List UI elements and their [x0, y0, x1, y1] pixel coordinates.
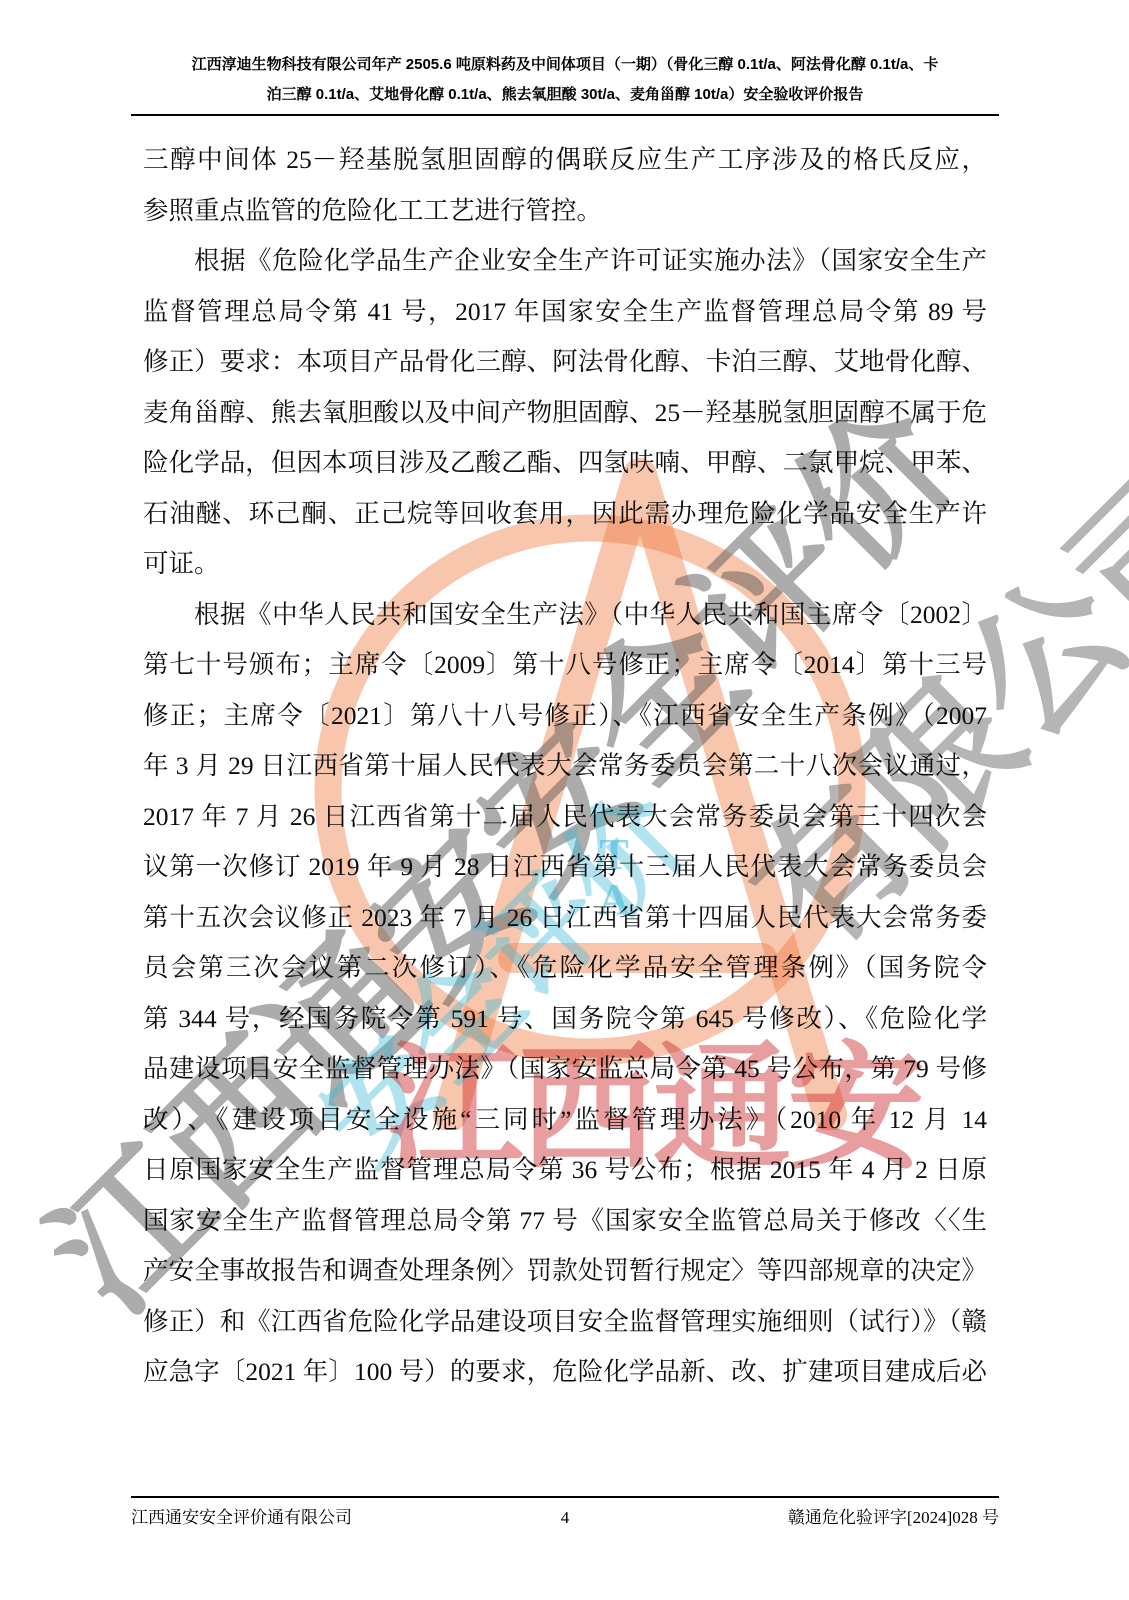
body-line: 国家安全生产监督管理总局令第 77 号《国家安全监管总局关于修改〈〈生 [143, 1196, 987, 1247]
body-line: 应急字〔2021 年〕100 号）的要求，危险化学品新、改、扩建项目建成后必 [143, 1347, 987, 1398]
body-line: 年 3 月 29 日江西省第十届人民代表大会常务委员会第二十八次会议通过， [143, 741, 987, 792]
body-line: 品建设项目安全监督管理办法》（国家安监总局令第 45 号公布，第 79 号修 [143, 1044, 987, 1095]
body-line: 议第一次修订 2019 年 9 月 28 日江西省第十三届人民代表大会常务委员会 [143, 842, 987, 893]
body-line: 日原国家安全生产监督管理总局令第 36 号公布；根据 2015 年 4 月 2 … [143, 1145, 987, 1196]
body-line: 第 344 号，经国务院令第 591 号、国务院令第 645 号修改）、《危险化… [143, 994, 987, 1045]
body-line: 根据《中华人民共和国安全生产法》（中华人民共和国主席令〔2002〕 [143, 590, 987, 641]
body-line: 产安全事故报告和调查处理条例〉罚款处罚暂行规定〉等四部规章的决定》 [143, 1246, 987, 1297]
body-line: 监督管理总局令第 41 号，2017 年国家安全生产监督管理总局令第 89 号 [143, 287, 987, 338]
body-line: 2017 年 7 月 26 日江西省第十二届人民代表大会常务委员会第三十四次会 [143, 792, 987, 843]
body-line: 改）、《建设项目安全设施“三同时”监督管理办法》（2010 年 12 月 14 [143, 1095, 987, 1146]
body-line: 根据《危险化学品生产企业安全生产许可证实施办法》（国家安全生产 [143, 236, 987, 287]
body-line: 修正）要求：本项目产品骨化三醇、阿法骨化醇、卡泊三醇、艾地骨化醇、 [143, 337, 987, 388]
page-footer: 江西通安安全评价通有限公司 4 赣通危化验评字[2024]028 号 [131, 1496, 999, 1531]
body-line: 石油醚、环己酮、正己烷等回收套用，因此需办理危险化学品安全生产许 [143, 489, 987, 540]
body-line: 三醇中间体 25－羟基脱氢胆固醇的偶联反应生产工序涉及的格氏反应， [143, 135, 987, 186]
document-page: 江西通安安全评价 有限公司 安全评价 T A 江西通安 江西淳迪生物科技有限公司… [0, 0, 1129, 1600]
footer-page-number: 4 [131, 1505, 999, 1531]
body-line: 修正）和《江西省危险化学品建设项目安全监督管理实施细则（试行）》（赣 [143, 1297, 987, 1348]
body-line: 麦角甾醇、熊去氧胆酸以及中间产物胆固醇、25－羟基脱氢胆固醇不属于危 [143, 388, 987, 439]
body-line: 可证。 [143, 539, 987, 590]
body-line: 第七十号颁布；主席令〔2009〕第十八号修正；主席令〔2014〕第十三号 [143, 640, 987, 691]
header-title-line1: 江西淳迪生物科技有限公司年产 2505.6 吨原料药及中间体项目（一期）（骨化三… [131, 50, 999, 80]
body-line: 参照重点监管的危险化工工艺进行管控。 [143, 186, 987, 237]
document-body: 三醇中间体 25－羟基脱氢胆固醇的偶联反应生产工序涉及的格氏反应， 参照重点监管… [143, 135, 987, 1398]
body-line: 员会第三次会议第二次修订）、《危险化学品安全管理条例》（国务院令 [143, 943, 987, 994]
body-line: 第十五次会议修正 2023 年 7 月 26 日江西省第十四届人民代表大会常务委 [143, 893, 987, 944]
header-title-line2: 泊三醇 0.1t/a、艾地骨化醇 0.1t/a、熊去氧胆酸 30t/a、麦角甾醇… [131, 80, 999, 110]
body-line: 修正；主席令〔2021〕第八十八号修正）、《江西省安全生产条例》（2007 [143, 691, 987, 742]
page-header: 江西淳迪生物科技有限公司年产 2505.6 吨原料药及中间体项目（一期）（骨化三… [131, 50, 999, 116]
body-line: 险化学品，但因本项目涉及乙酸乙酯、四氢呋喃、甲醇、二氯甲烷、甲苯、 [143, 438, 987, 489]
